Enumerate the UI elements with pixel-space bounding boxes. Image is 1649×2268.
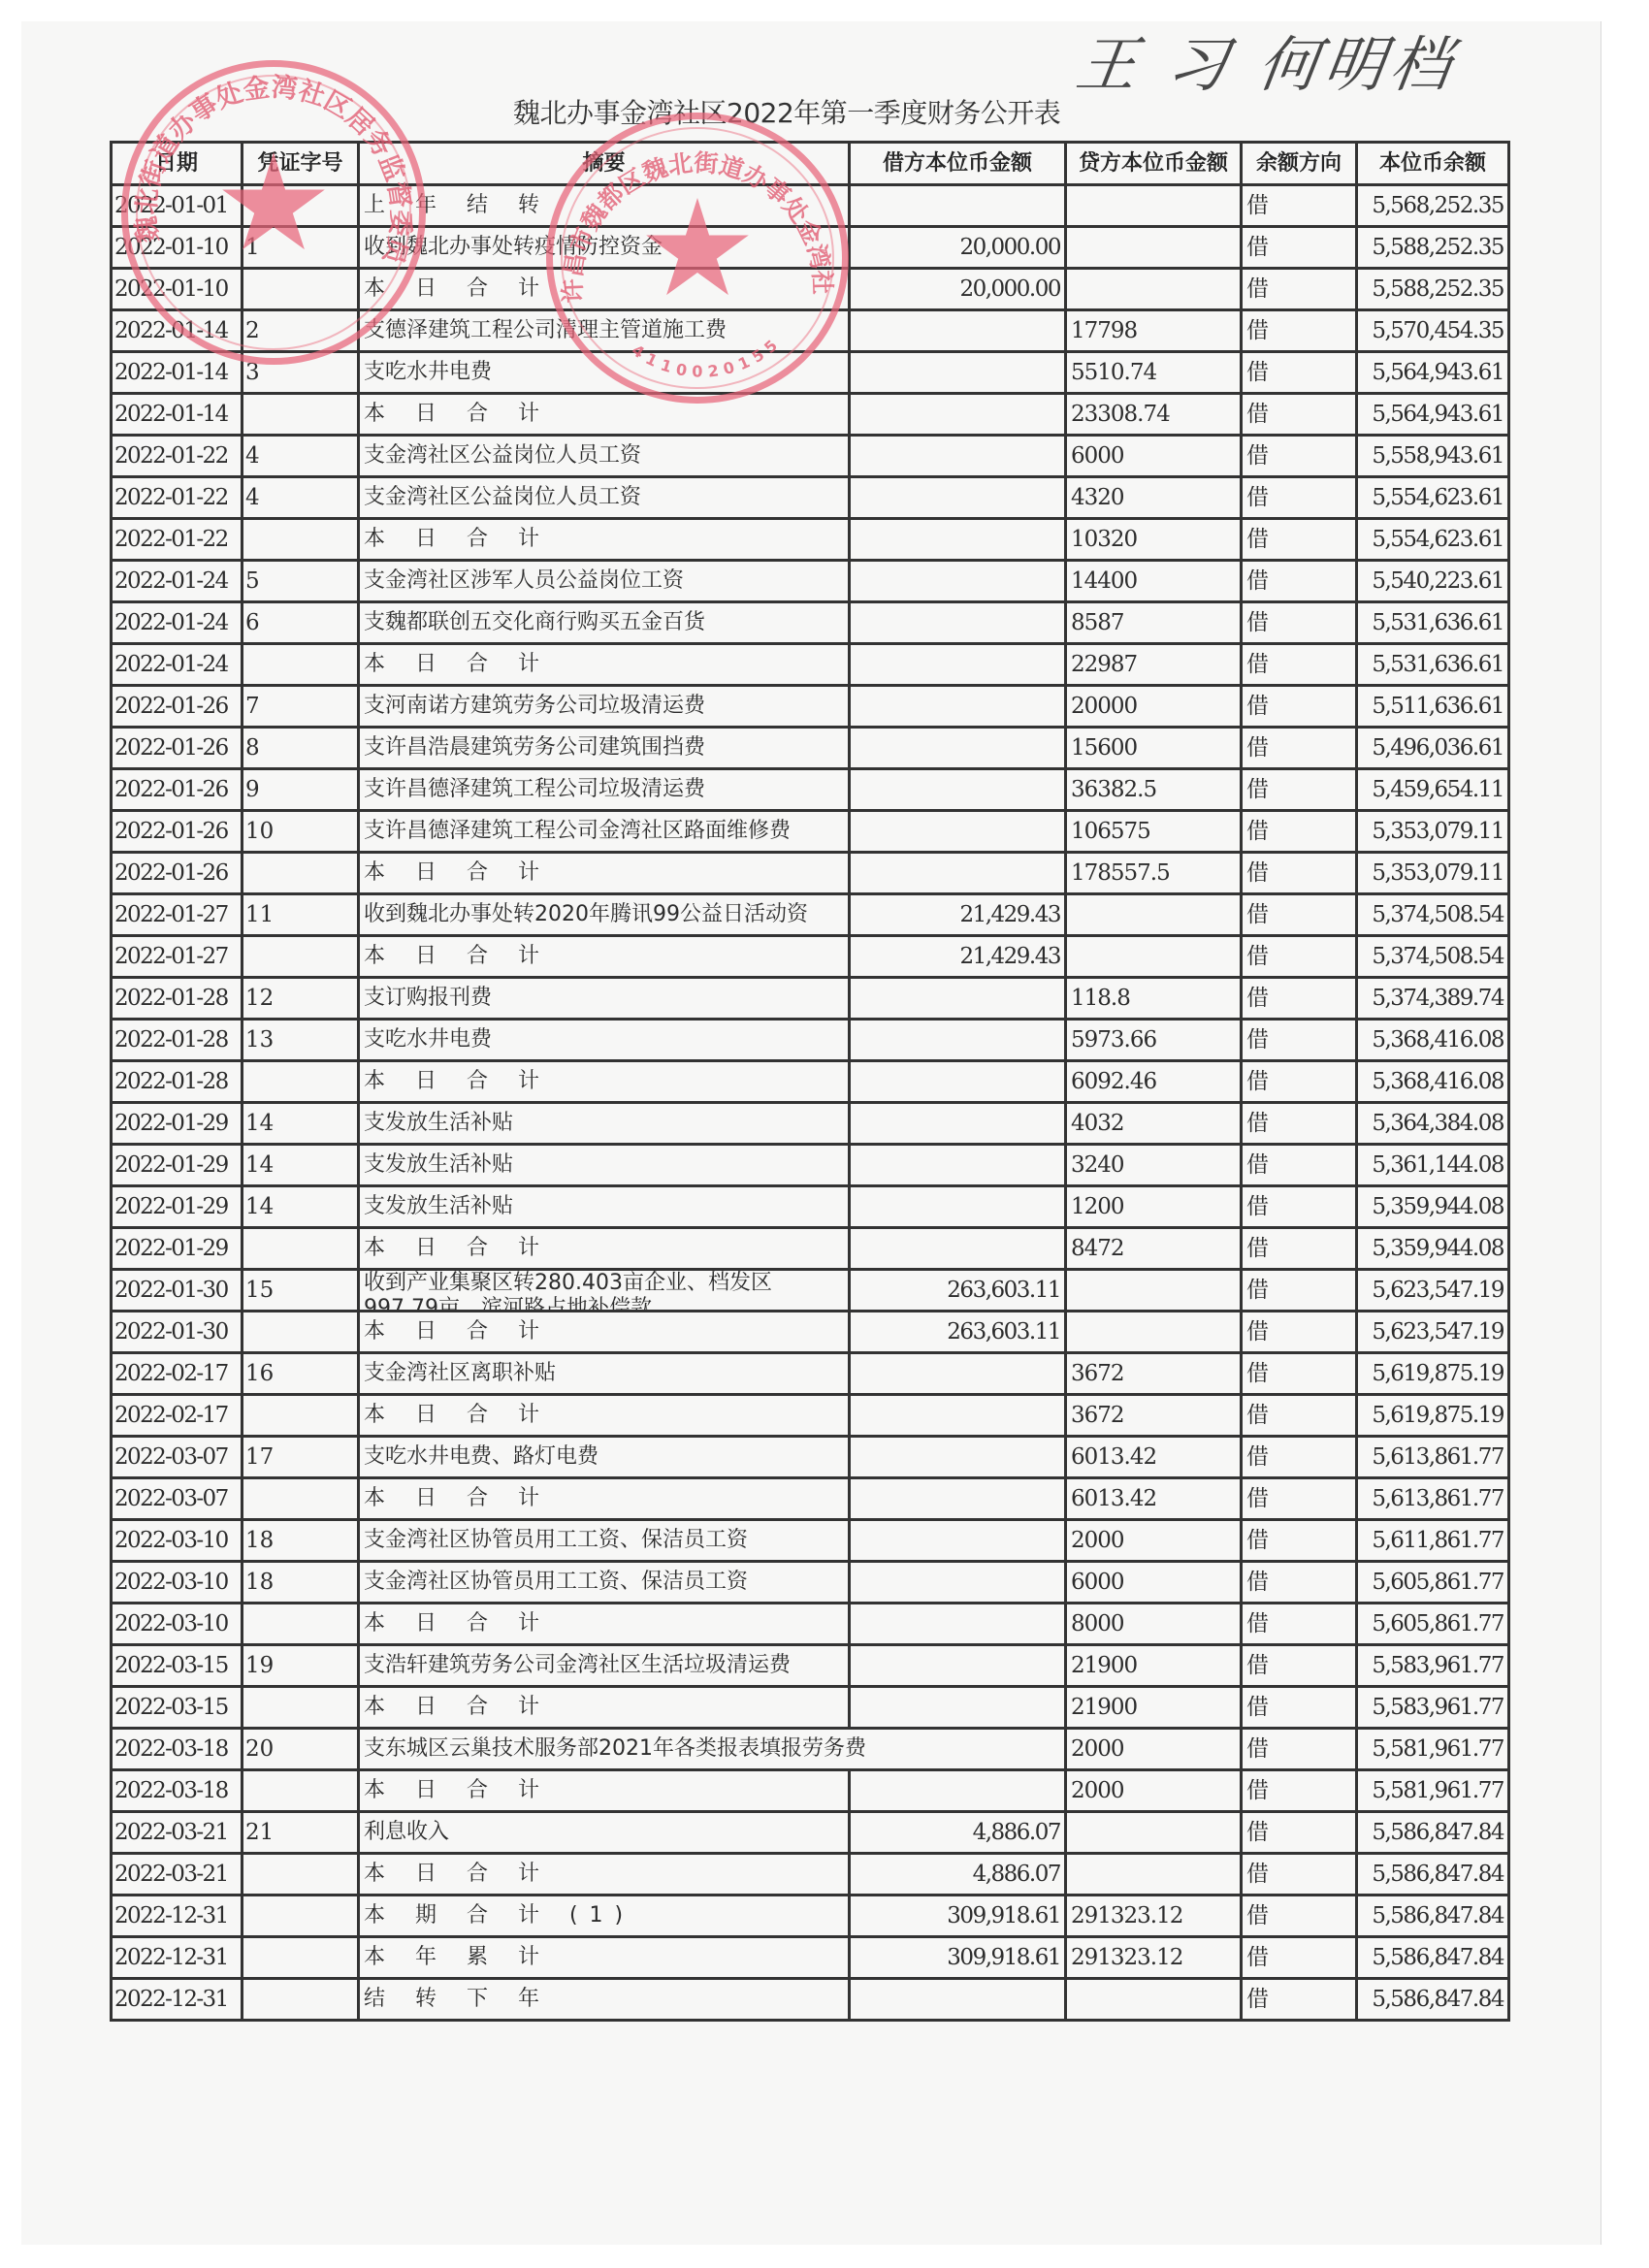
cell-balance: 5,540,223.61 <box>1357 561 1509 602</box>
table-row: 2022-01-267支河南诺方建筑劳务公司垃圾清运费20000借5,511,6… <box>112 686 1509 728</box>
cell-summary: 支金湾社区离职补贴 <box>359 1353 850 1395</box>
cell-credit: 36382.5 <box>1066 769 1242 811</box>
cell-credit: 14400 <box>1066 561 1242 602</box>
table-row: 2022-01-269支许昌德泽建筑工程公司垃圾清运费36382.5借5,459… <box>112 769 1509 811</box>
cell-voucher: 18 <box>242 1520 359 1562</box>
cell-debit <box>850 1395 1066 1437</box>
cell-balance: 5,496,036.61 <box>1357 728 1509 769</box>
cell-credit: 21900 <box>1066 1645 1242 1687</box>
cell-voucher: 14 <box>242 1145 359 1186</box>
cell-summary: 支吃水井电费、路灯电费 <box>359 1437 850 1478</box>
table-row: 2022-01-2711收到魏北办事处转2020年腾讯99公益日活动资21,42… <box>112 894 1509 936</box>
table-row: 2022-01-2610支许昌德泽建筑工程公司金湾社区路面维修费106575借5… <box>112 811 1509 853</box>
table-row: 2022-01-24本 日 合 计22987借5,531,636.61 <box>112 644 1509 686</box>
cell-voucher: 8 <box>242 728 359 769</box>
cell-summary: 支金湾社区协管员用工工资、保洁员工资 <box>359 1562 850 1604</box>
cell-voucher <box>242 269 359 310</box>
cell-balance-direction: 借 <box>1242 602 1357 644</box>
cell-summary: 支金湾社区公益岗位人员工资 <box>359 477 850 519</box>
cell-summary: 收到魏北办事处转2020年腾讯99公益日活动资 <box>359 894 850 936</box>
cell-debit <box>850 1478 1066 1520</box>
table-row: 2022-01-22本 日 合 计10320借5,554,623.61 <box>112 519 1509 561</box>
cell-date: 2022-01-29 <box>112 1145 242 1186</box>
cell-summary: 本 日 合 计 <box>359 936 850 978</box>
cell-credit: 5973.66 <box>1066 1020 1242 1061</box>
cell-date: 2022-03-10 <box>112 1562 242 1604</box>
cell-balance-direction: 借 <box>1242 1353 1357 1395</box>
cell-credit: 3672 <box>1066 1395 1242 1437</box>
table-row: 2022-01-143支吃水井电费5510.74借5,564,943.61 <box>112 352 1509 394</box>
cell-credit: 178557.5 <box>1066 853 1242 894</box>
cell-summary: 支许昌德泽建筑工程公司金湾社区路面维修费 <box>359 811 850 853</box>
cell-voucher: 17 <box>242 1437 359 1478</box>
cell-debit <box>850 644 1066 686</box>
cell-summary: 本 日 合 计 <box>359 1061 850 1103</box>
cell-balance-direction: 借 <box>1242 1770 1357 1812</box>
cell-date: 2022-01-14 <box>112 352 242 394</box>
cell-debit <box>850 1186 1066 1228</box>
table-row: 2022-03-18本 日 合 计2000借5,581,961.77 <box>112 1770 1509 1812</box>
cell-credit: 1200 <box>1066 1186 1242 1228</box>
cell-voucher: 14 <box>242 1103 359 1145</box>
cell-balance: 5,564,943.61 <box>1357 352 1509 394</box>
cell-credit: 6013.42 <box>1066 1478 1242 1520</box>
cell-summary: 本 年 累 计 <box>359 1937 850 1979</box>
table-header-row: 日期 凭证字号 摘要 借方本位币金额 贷方本位币金额 余额方向 本位币余额 <box>112 143 1509 185</box>
cell-voucher: 14 <box>242 1186 359 1228</box>
cell-balance: 5,583,961.77 <box>1357 1645 1509 1687</box>
cell-summary: 支金湾社区公益岗位人员工资 <box>359 436 850 477</box>
cell-balance: 5,586,847.84 <box>1357 1812 1509 1854</box>
cell-balance-direction: 借 <box>1242 436 1357 477</box>
cell-credit: 8472 <box>1066 1228 1242 1270</box>
cell-debit <box>850 686 1066 728</box>
cell-summary: 支发放生活补贴 <box>359 1103 850 1145</box>
cell-date: 2022-01-10 <box>112 227 242 269</box>
cell-credit: 118.8 <box>1066 978 1242 1020</box>
cell-balance-direction: 借 <box>1242 1562 1357 1604</box>
cell-debit <box>850 1562 1066 1604</box>
cell-credit: 2000 <box>1066 1520 1242 1562</box>
cell-summary: 支金湾社区协管员用工工资、保洁员工资 <box>359 1520 850 1562</box>
cell-credit: 4320 <box>1066 477 1242 519</box>
cell-credit: 22987 <box>1066 644 1242 686</box>
cell-credit <box>1066 185 1242 227</box>
cell-balance-direction: 借 <box>1242 561 1357 602</box>
cell-summary: 支浩轩建筑劳务公司金湾社区生活垃圾清运费 <box>359 1645 850 1687</box>
table-row: 2022-01-2914支发放生活补贴1200借5,359,944.08 <box>112 1186 1509 1228</box>
cell-debit <box>850 394 1066 436</box>
cell-balance: 5,359,944.08 <box>1357 1186 1509 1228</box>
cell-balance-direction: 借 <box>1242 1729 1357 1770</box>
cell-balance-direction: 借 <box>1242 477 1357 519</box>
cell-balance: 5,374,508.54 <box>1357 894 1509 936</box>
cell-balance: 5,558,943.61 <box>1357 436 1509 477</box>
cell-voucher: 20 <box>242 1729 359 1770</box>
cell-voucher: 9 <box>242 769 359 811</box>
cell-balance-direction: 借 <box>1242 1854 1357 1895</box>
table-row: 2022-01-3015收到产业集聚区转280.403亩企业、档发区997.79… <box>112 1270 1509 1312</box>
financial-disclosure-table: 日期 凭证字号 摘要 借方本位币金额 贷方本位币金额 余额方向 本位币余额 20… <box>110 141 1510 2022</box>
cell-balance-direction: 借 <box>1242 1145 1357 1186</box>
cell-credit: 3672 <box>1066 1353 1242 1395</box>
cell-balance-direction: 借 <box>1242 394 1357 436</box>
cell-balance: 5,361,144.08 <box>1357 1145 1509 1186</box>
summary-line-1: 收到产业集聚区转280.403亩企业、档发区 <box>364 1271 772 1295</box>
cell-debit <box>850 602 1066 644</box>
cell-balance-direction: 借 <box>1242 894 1357 936</box>
table-row: 2022-03-1519支浩轩建筑劳务公司金湾社区生活垃圾清运费21900借5,… <box>112 1645 1509 1687</box>
cell-date: 2022-01-14 <box>112 310 242 352</box>
cell-credit <box>1066 894 1242 936</box>
cell-credit: 3240 <box>1066 1145 1242 1186</box>
cell-balance: 5,623,547.19 <box>1357 1270 1509 1312</box>
table-row: 2022-01-224支金湾社区公益岗位人员工资6000借5,558,943.6… <box>112 436 1509 477</box>
cell-date: 2022-03-10 <box>112 1604 242 1645</box>
cell-summary: 本 期 合 计 (1) <box>359 1895 850 1937</box>
cell-debit <box>850 1061 1066 1103</box>
column-header-date: 日期 <box>112 143 242 185</box>
cell-debit: 20,000.00 <box>850 269 1066 310</box>
cell-balance: 5,605,861.77 <box>1357 1562 1509 1604</box>
cell-date: 2022-01-26 <box>112 769 242 811</box>
table-row: 2022-02-17本 日 合 计3672借5,619,875.19 <box>112 1395 1509 1437</box>
column-header-voucher: 凭证字号 <box>242 143 359 185</box>
cell-debit <box>850 1770 1066 1812</box>
cell-date: 2022-03-15 <box>112 1645 242 1687</box>
table-row: 2022-01-26本 日 合 计178557.5借5,353,079.11 <box>112 853 1509 894</box>
cell-date: 2022-01-28 <box>112 1020 242 1061</box>
cell-date: 2022-02-17 <box>112 1353 242 1395</box>
table-row: 2022-03-1018支金湾社区协管员用工工资、保洁员工资2000借5,611… <box>112 1520 1509 1562</box>
cell-date: 2022-01-24 <box>112 602 242 644</box>
cell-summary: 本 日 合 计 <box>359 1770 850 1812</box>
cell-balance-direction: 借 <box>1242 686 1357 728</box>
cell-date: 2022-01-24 <box>112 561 242 602</box>
cell-balance: 5,588,252.35 <box>1357 227 1509 269</box>
table-row: 2022-01-2812支订购报刊费118.8借5,374,389.74 <box>112 978 1509 1020</box>
cell-balance-direction: 借 <box>1242 519 1357 561</box>
cell-date: 2022-01-28 <box>112 1061 242 1103</box>
cell-credit <box>1066 936 1242 978</box>
cell-voucher: 6 <box>242 602 359 644</box>
cell-balance: 5,554,623.61 <box>1357 519 1509 561</box>
cell-credit: 15600 <box>1066 728 1242 769</box>
cell-debit <box>850 477 1066 519</box>
table-row: 2022-01-142支德泽建筑工程公司清理主管道施工费17798借5,570,… <box>112 310 1509 352</box>
cell-debit <box>850 1645 1066 1687</box>
cell-date: 2022-03-15 <box>112 1687 242 1729</box>
cell-date: 2022-03-21 <box>112 1854 242 1895</box>
cell-date: 2022-01-01 <box>112 185 242 227</box>
cell-voucher: 15 <box>242 1270 359 1312</box>
cell-voucher <box>242 1979 359 2021</box>
cell-voucher: 1 <box>242 227 359 269</box>
table-row: 2022-12-31本 期 合 计 (1)309,918.61291323.12… <box>112 1895 1509 1937</box>
cell-date: 2022-03-18 <box>112 1770 242 1812</box>
cell-balance-direction: 借 <box>1242 269 1357 310</box>
cell-debit <box>850 853 1066 894</box>
cell-balance: 5,368,416.08 <box>1357 1020 1509 1061</box>
cell-debit: 309,918.61 <box>850 1895 1066 1937</box>
cell-summary: 支许昌浩晨建筑劳务公司建筑围挡费 <box>359 728 850 769</box>
cell-balance: 5,359,944.08 <box>1357 1228 1509 1270</box>
cell-summary: 本 日 合 计 <box>359 519 850 561</box>
cell-debit <box>850 769 1066 811</box>
cell-voucher <box>242 1312 359 1353</box>
cell-debit: 21,429.43 <box>850 936 1066 978</box>
cell-voucher <box>242 1604 359 1645</box>
cell-balance: 5,459,654.11 <box>1357 769 1509 811</box>
cell-summary: 本 日 合 计 <box>359 644 850 686</box>
cell-debit <box>850 1520 1066 1562</box>
cell-credit <box>1066 269 1242 310</box>
cell-voucher <box>242 1687 359 1729</box>
handwritten-signature: 王 习 何明档 <box>1071 21 1510 109</box>
table-row: 2022-01-246支魏都联创五交化商行购买五金百货8587借5,531,63… <box>112 602 1509 644</box>
table-row: 2022-02-1716支金湾社区离职补贴3672借5,619,875.19 <box>112 1353 1509 1395</box>
cell-date: 2022-01-27 <box>112 894 242 936</box>
table-row: 2022-01-2813支吃水井电费5973.66借5,368,416.08 <box>112 1020 1509 1061</box>
cell-voucher: 16 <box>242 1353 359 1395</box>
cell-credit: 17798 <box>1066 310 1242 352</box>
cell-date: 2022-01-29 <box>112 1228 242 1270</box>
cell-voucher: 4 <box>242 477 359 519</box>
column-header-summary: 摘要 <box>359 143 850 185</box>
cell-balance: 5,374,389.74 <box>1357 978 1509 1020</box>
cell-balance-direction: 借 <box>1242 1061 1357 1103</box>
cell-balance: 5,605,861.77 <box>1357 1604 1509 1645</box>
cell-summary: 支金湾社区涉军人员公益岗位工资 <box>359 561 850 602</box>
cell-summary: 本 日 合 计 <box>359 269 850 310</box>
cell-summary: 本 日 合 计 <box>359 394 850 436</box>
cell-credit: 291323.12 <box>1066 1895 1242 1937</box>
cell-debit <box>850 1353 1066 1395</box>
cell-voucher: 2 <box>242 310 359 352</box>
cell-debit <box>850 436 1066 477</box>
cell-credit: 10320 <box>1066 519 1242 561</box>
cell-voucher: 13 <box>242 1020 359 1061</box>
cell-balance: 5,611,861.77 <box>1357 1520 1509 1562</box>
cell-date: 2022-01-14 <box>112 394 242 436</box>
cell-credit: 8587 <box>1066 602 1242 644</box>
cell-debit <box>850 1145 1066 1186</box>
cell-balance: 5,511,636.61 <box>1357 686 1509 728</box>
table-row: 2022-01-101收到魏北办事处转疫情防控资金20,000.00借5,588… <box>112 227 1509 269</box>
cell-debit <box>850 978 1066 1020</box>
table-row: 2022-01-01上 年 结 转借5,568,252.35 <box>112 185 1509 227</box>
cell-balance: 5,583,961.77 <box>1357 1687 1509 1729</box>
cell-balance-direction: 借 <box>1242 310 1357 352</box>
table-row: 2022-03-15本 日 合 计21900借5,583,961.77 <box>112 1687 1509 1729</box>
table-row: 2022-01-28本 日 合 计6092.46借5,368,416.08 <box>112 1061 1509 1103</box>
table-row: 2022-12-31结 转 下 年借5,586,847.84 <box>112 1979 1509 2021</box>
cell-credit <box>1066 1979 1242 2021</box>
cell-date: 2022-01-26 <box>112 686 242 728</box>
cell-balance: 5,586,847.84 <box>1357 1937 1509 1979</box>
cell-debit: 263,603.11 <box>850 1312 1066 1353</box>
cell-summary: 支发放生活补贴 <box>359 1145 850 1186</box>
cell-voucher <box>242 1770 359 1812</box>
cell-balance-direction: 借 <box>1242 1395 1357 1437</box>
cell-balance: 5,581,961.77 <box>1357 1729 1509 1770</box>
cell-balance-direction: 借 <box>1242 1687 1357 1729</box>
cell-voucher <box>242 1061 359 1103</box>
cell-date: 2022-12-31 <box>112 1895 242 1937</box>
cell-debit <box>850 1437 1066 1478</box>
cell-balance: 5,586,847.84 <box>1357 1895 1509 1937</box>
table-row: 2022-01-2914支发放生活补贴4032借5,364,384.08 <box>112 1103 1509 1145</box>
cell-balance-direction: 借 <box>1242 811 1357 853</box>
cell-summary: 支吃水井电费 <box>359 1020 850 1061</box>
cell-summary: 支许昌德泽建筑工程公司垃圾清运费 <box>359 769 850 811</box>
cell-voucher <box>242 1395 359 1437</box>
cell-date: 2022-12-31 <box>112 1937 242 1979</box>
cell-balance-direction: 借 <box>1242 1228 1357 1270</box>
cell-debit <box>850 1020 1066 1061</box>
table-row: 2022-03-2121利息收入4,886.07借5,586,847.84 <box>112 1812 1509 1854</box>
cell-balance-direction: 借 <box>1242 1979 1357 2021</box>
cell-balance-direction: 借 <box>1242 1478 1357 1520</box>
cell-balance: 5,619,875.19 <box>1357 1353 1509 1395</box>
cell-summary: 收到魏北办事处转疫情防控资金 <box>359 227 850 269</box>
cell-balance: 5,368,416.08 <box>1357 1061 1509 1103</box>
cell-debit <box>850 1103 1066 1145</box>
cell-summary: 支发放生活补贴 <box>359 1186 850 1228</box>
cell-summary: 上 年 结 转 <box>359 185 850 227</box>
cell-credit: 5510.74 <box>1066 352 1242 394</box>
cell-balance: 5,364,384.08 <box>1357 1103 1509 1145</box>
table-row: 2022-12-31本 年 累 计309,918.61291323.12借5,5… <box>112 1937 1509 1979</box>
document-title: 魏北办事金湾社区2022年第一季度财务公开表 <box>513 93 1115 134</box>
cell-summary: 结 转 下 年 <box>359 1979 850 2021</box>
cell-debit <box>850 1228 1066 1270</box>
cell-date: 2022-03-07 <box>112 1437 242 1478</box>
cell-balance: 5,570,454.35 <box>1357 310 1509 352</box>
column-header-credit: 贷方本位币金额 <box>1066 143 1242 185</box>
cell-balance: 5,531,636.61 <box>1357 644 1509 686</box>
cell-balance: 5,374,508.54 <box>1357 936 1509 978</box>
cell-voucher: 10 <box>242 811 359 853</box>
cell-credit <box>1066 1270 1242 1312</box>
cell-credit <box>1066 1854 1242 1895</box>
cell-balance: 5,353,079.11 <box>1357 853 1509 894</box>
cell-date: 2022-03-18 <box>112 1729 242 1770</box>
cell-summary: 本 日 合 计 <box>359 853 850 894</box>
table-row: 2022-03-0717支吃水井电费、路灯电费6013.42借5,613,861… <box>112 1437 1509 1478</box>
cell-debit: 4,886.07 <box>850 1854 1066 1895</box>
cell-balance: 5,564,943.61 <box>1357 394 1509 436</box>
cell-summary: 支魏都联创五交化商行购买五金百货 <box>359 602 850 644</box>
cell-balance-direction: 借 <box>1242 1020 1357 1061</box>
cell-credit: 6013.42 <box>1066 1437 1242 1478</box>
cell-voucher <box>242 1854 359 1895</box>
table-row: 2022-01-245支金湾社区涉军人员公益岗位工资14400借5,540,22… <box>112 561 1509 602</box>
cell-date: 2022-01-30 <box>112 1270 242 1312</box>
cell-summary: 收到产业集聚区转280.403亩企业、档发区997.79亩、滨河路占地补偿款 <box>359 1270 850 1312</box>
table-row: 2022-03-21本 日 合 计4,886.07借5,586,847.84 <box>112 1854 1509 1895</box>
cell-date: 2022-01-30 <box>112 1312 242 1353</box>
table-row: 2022-01-268支许昌浩晨建筑劳务公司建筑围挡费15600借5,496,0… <box>112 728 1509 769</box>
cell-summary: 本 日 合 计 <box>359 1854 850 1895</box>
cell-summary: 支吃水井电费 <box>359 352 850 394</box>
cell-balance: 5,586,847.84 <box>1357 1979 1509 2021</box>
cell-balance: 5,623,547.19 <box>1357 1312 1509 1353</box>
cell-balance-direction: 借 <box>1242 185 1357 227</box>
cell-debit <box>850 519 1066 561</box>
cell-credit: 20000 <box>1066 686 1242 728</box>
column-header-balance-direction: 余额方向 <box>1242 143 1357 185</box>
cell-summary: 本 日 合 计 <box>359 1395 850 1437</box>
cell-debit <box>850 561 1066 602</box>
cell-balance: 5,554,623.61 <box>1357 477 1509 519</box>
table-row: 2022-01-27本 日 合 计21,429.43借5,374,508.54 <box>112 936 1509 978</box>
cell-summary: 支德泽建筑工程公司清理主管道施工费 <box>359 310 850 352</box>
table-row: 2022-01-14本 日 合 计23308.74借5,564,943.61 <box>112 394 1509 436</box>
cell-credit: 2000 <box>1066 1770 1242 1812</box>
cell-voucher <box>242 853 359 894</box>
cell-debit <box>850 728 1066 769</box>
cell-voucher: 7 <box>242 686 359 728</box>
cell-date: 2022-01-29 <box>112 1186 242 1228</box>
cell-date: 2022-01-26 <box>112 853 242 894</box>
cell-credit: 2000 <box>1066 1729 1242 1770</box>
cell-balance-direction: 借 <box>1242 227 1357 269</box>
cell-balance-direction: 借 <box>1242 1186 1357 1228</box>
cell-balance: 5,586,847.84 <box>1357 1854 1509 1895</box>
cell-date: 2022-01-29 <box>112 1103 242 1145</box>
cell-voucher <box>242 1937 359 1979</box>
table-row: 2022-03-07本 日 合 计6013.42借5,613,861.77 <box>112 1478 1509 1520</box>
cell-balance-direction: 借 <box>1242 1270 1357 1312</box>
cell-balance-direction: 借 <box>1242 728 1357 769</box>
cell-voucher <box>242 519 359 561</box>
cell-debit <box>850 310 1066 352</box>
cell-debit <box>850 352 1066 394</box>
cell-debit: 20,000.00 <box>850 227 1066 269</box>
table-row: 2022-01-29本 日 合 计8472借5,359,944.08 <box>112 1228 1509 1270</box>
cell-voucher: 21 <box>242 1812 359 1854</box>
cell-balance: 5,619,875.19 <box>1357 1395 1509 1437</box>
cell-date: 2022-03-07 <box>112 1478 242 1520</box>
cell-debit <box>850 1604 1066 1645</box>
cell-balance-direction: 借 <box>1242 936 1357 978</box>
cell-credit: 23308.74 <box>1066 394 1242 436</box>
cell-balance: 5,568,252.35 <box>1357 185 1509 227</box>
table-row: 2022-01-224支金湾社区公益岗位人员工资4320借5,554,623.6… <box>112 477 1509 519</box>
cell-voucher: 4 <box>242 436 359 477</box>
cell-voucher <box>242 394 359 436</box>
cell-balance-direction: 借 <box>1242 1520 1357 1562</box>
cell-credit <box>1066 227 1242 269</box>
cell-credit: 6000 <box>1066 436 1242 477</box>
summary-line-2: 997.79亩、滨河路占地补偿款 <box>364 1296 652 1310</box>
cell-credit <box>1066 1312 1242 1353</box>
cell-date: 2022-03-10 <box>112 1520 242 1562</box>
cell-date: 2022-03-21 <box>112 1812 242 1854</box>
cell-balance-direction: 借 <box>1242 853 1357 894</box>
cell-debit <box>850 811 1066 853</box>
cell-date: 2022-01-22 <box>112 436 242 477</box>
cell-credit <box>1066 1812 1242 1854</box>
cell-summary: 利息收入 <box>359 1812 850 1854</box>
cell-balance-direction: 借 <box>1242 1895 1357 1937</box>
cell-summary: 支订购报刊费 <box>359 978 850 1020</box>
cell-summary: 本 日 合 计 <box>359 1478 850 1520</box>
cell-voucher <box>242 936 359 978</box>
cell-voucher <box>242 185 359 227</box>
cell-voucher <box>242 1228 359 1270</box>
